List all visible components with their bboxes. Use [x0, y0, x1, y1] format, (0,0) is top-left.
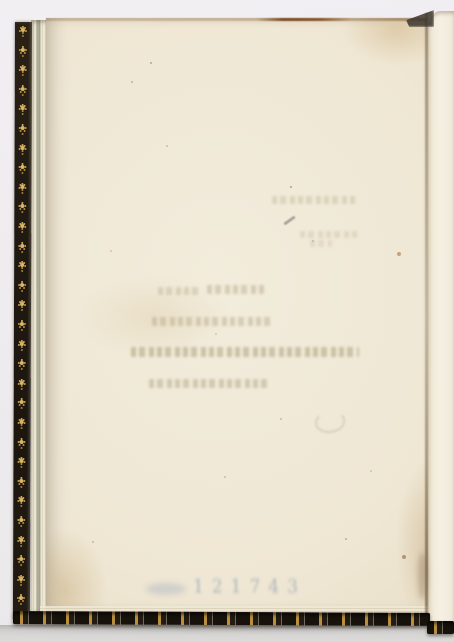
gilt-ornament	[19, 577, 23, 581]
gutter-shadow-line	[425, 13, 428, 619]
gilt-ornament	[20, 342, 24, 346]
gilt-ornament	[19, 459, 23, 463]
gilt-ornament	[20, 263, 24, 267]
gilt-ornament	[20, 302, 24, 306]
gilt-ornament	[20, 283, 24, 287]
gutter-toning-smudge	[418, 552, 427, 600]
gilt-ornament	[20, 204, 24, 208]
gilt-ornament	[21, 48, 25, 52]
gilt-ornament	[20, 224, 24, 228]
gilt-ornament	[21, 28, 25, 32]
gilt-ornament	[20, 361, 24, 365]
gilt-ornament	[20, 400, 24, 404]
gilt-ornament	[20, 165, 24, 169]
gilt-ornament	[20, 440, 24, 444]
gilt-ornament	[20, 244, 24, 248]
gilt-ornament	[21, 87, 25, 91]
blank-page	[46, 18, 428, 615]
page-top-toned-edge	[46, 18, 428, 21]
gilt-ornament	[21, 126, 25, 130]
gilt-ornament	[19, 557, 23, 561]
gilt-ornament	[21, 67, 25, 71]
bottom-gilt-edge-band-right	[427, 621, 454, 634]
gilt-ornament	[19, 596, 23, 600]
gilt-ornament	[21, 106, 25, 110]
foxing-specks	[0, 0, 2, 2]
gilt-ornament	[19, 518, 23, 522]
spine-gilt-strip	[13, 22, 32, 619]
gilt-ornament	[20, 381, 24, 385]
gilt-ornament	[21, 146, 25, 150]
gilt-ornament	[19, 479, 23, 483]
gilt-ornament	[19, 538, 23, 542]
book-photograph: 121743	[0, 0, 454, 642]
gilt-ornament	[19, 498, 23, 502]
gilt-ornament	[20, 185, 24, 189]
gilt-ornament	[20, 420, 24, 424]
page-stack-edges	[31, 20, 47, 618]
facing-page-fore-edge	[428, 11, 454, 634]
gilt-ornament	[20, 322, 24, 326]
bottom-gilt-edge-band	[13, 611, 430, 626]
